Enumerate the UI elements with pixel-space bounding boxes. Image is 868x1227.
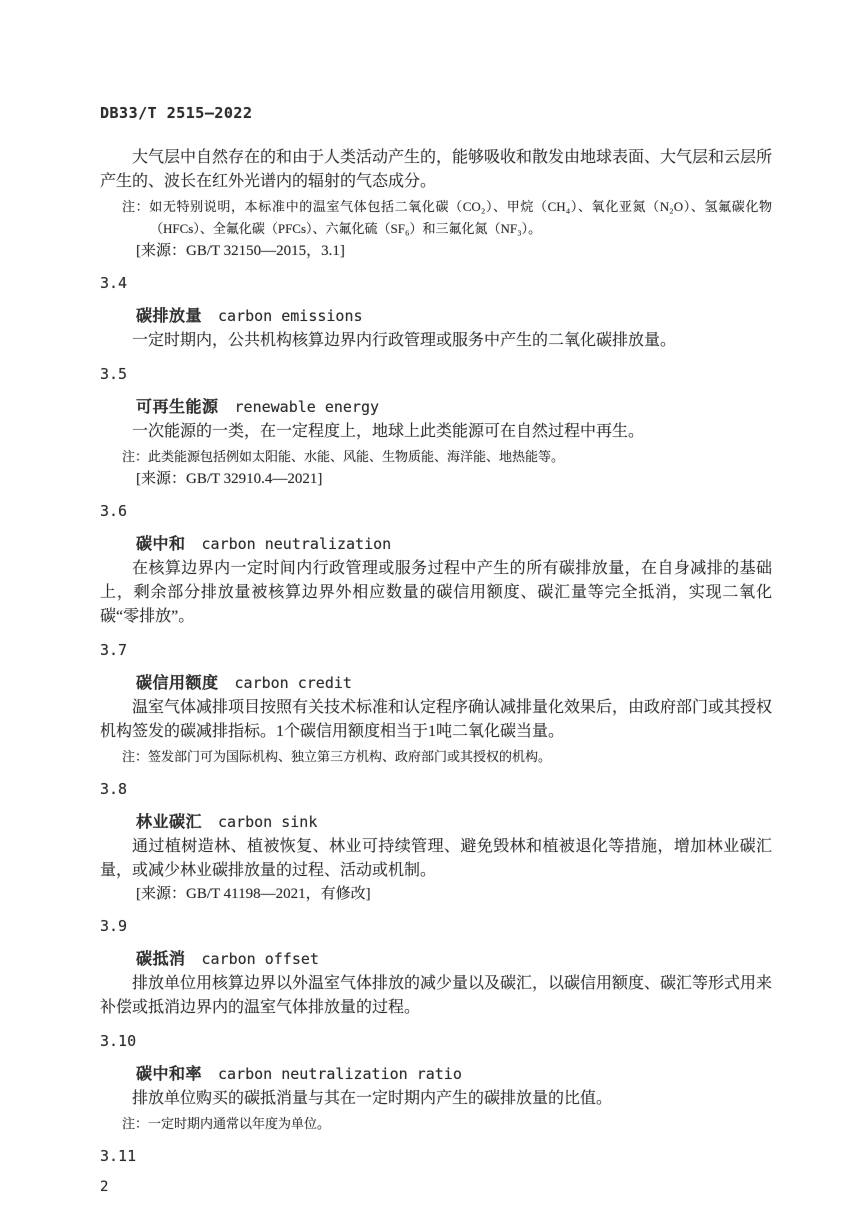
- term-definition: 一定时期内，公共机构核算边界内行政管理或服务中产生的二氧化碳排放量。: [100, 329, 772, 353]
- section-number: 3.8: [100, 779, 772, 799]
- term-en: carbon neutralization: [202, 535, 392, 553]
- term-heading: 碳中和率carbon neutralization ratio: [136, 1062, 772, 1087]
- section-number: 3.7: [100, 640, 772, 660]
- section-number: 3.10: [100, 1031, 772, 1051]
- term-heading: 碳抵消carbon offset: [136, 947, 772, 972]
- term-en: carbon emissions: [218, 307, 363, 325]
- section-3-8: 3.8 林业碳汇carbon sink 通过植树造林、植被恢复、林业可持续管理、…: [100, 779, 772, 905]
- section-3-6: 3.6 碳中和carbon neutralization 在核算边界内一定时间内…: [100, 501, 772, 629]
- term-heading: 碳排放量carbon emissions: [136, 304, 772, 329]
- term-en: carbon sink: [218, 813, 317, 831]
- term-zh: 碳中和: [136, 536, 186, 553]
- term-heading: 可再生能源renewable energy: [136, 395, 772, 420]
- term-note: 注：此类能源包括例如太阳能、水能、风能、生物质能、海洋能、地热能等。: [122, 446, 772, 468]
- section-3-9: 3.9 碳抵消carbon offset 排放单位用核算边界以外温室气体排放的减…: [100, 916, 772, 1020]
- section-3-10: 3.10 碳中和率carbon neutralization ratio 排放单…: [100, 1031, 772, 1135]
- term-definition: 通过植树造林、植被恢复、林业可持续管理、避免毁林和植被退化等措施，增加林业碳汇量…: [100, 835, 772, 883]
- term-en: carbon credit: [235, 674, 352, 692]
- term-zh: 碳信用额度: [136, 675, 219, 692]
- page-content: DB33/T 2515—2022 大气层中自然存在的和由于人类活动产生的，能够吸…: [0, 0, 868, 1197]
- section-number: 3.5: [100, 364, 772, 384]
- term-zh: 碳抵消: [136, 951, 186, 968]
- section-number: 3.9: [100, 916, 772, 936]
- term-zh: 碳排放量: [136, 308, 202, 325]
- intro-note: 注：如无特别说明，本标准中的温室气体包括二氧化碳（CO₂）、甲烷（CH₄）、氧化…: [122, 196, 772, 240]
- section-number: 3.4: [100, 273, 772, 293]
- term-definition: 在核算边界内一定时间内行政管理或服务过程中产生的所有碳排放量，在自身减排的基础上…: [100, 557, 772, 629]
- intro-definition-continued: 大气层中自然存在的和由于人类活动产生的，能够吸收和散发由地球表面、大气层和云层所…: [100, 146, 772, 262]
- intro-definition-text: 大气层中自然存在的和由于人类活动产生的，能够吸收和散发由地球表面、大气层和云层所…: [100, 146, 772, 194]
- term-definition: 排放单位购买的碳抵消量与其在一定时期内产生的碳排放量的比值。: [100, 1087, 772, 1111]
- term-note: 注：签发部门可为国际机构、独立第三方机构、政府部门或其授权的机构。: [122, 746, 772, 768]
- term-source: [来源：GB/T 41198—2021，有修改]: [136, 883, 772, 905]
- term-heading: 碳中和carbon neutralization: [136, 532, 772, 557]
- intro-source: [来源：GB/T 32150—2015，3.1]: [136, 240, 772, 262]
- term-en: renewable energy: [235, 398, 380, 416]
- term-zh: 碳中和率: [136, 1066, 202, 1083]
- term-note: 注：一定时期内通常以年度为单位。: [122, 1113, 772, 1135]
- term-zh: 林业碳汇: [136, 814, 202, 831]
- term-zh: 可再生能源: [136, 399, 219, 416]
- term-en: carbon offset: [202, 950, 319, 968]
- section-3-7: 3.7 碳信用额度carbon credit 温室气体减排项目按照有关技术标准和…: [100, 640, 772, 768]
- section-number: 3.6: [100, 501, 772, 521]
- section-3-5: 3.5 可再生能源renewable energy 一次能源的一类，在一定程度上…: [100, 364, 772, 490]
- section-number: 3.11: [100, 1146, 772, 1166]
- section-3-4: 3.4 碳排放量carbon emissions 一定时期内，公共机构核算边界内…: [100, 273, 772, 353]
- term-definition: 温室气体减排项目按照有关技术标准和认定程序确认减排量化效果后，由政府部门或其授权…: [100, 696, 772, 744]
- section-3-11: 3.11: [100, 1146, 772, 1166]
- term-definition: 排放单位用核算边界以外温室气体排放的减少量以及碳汇，以碳信用额度、碳汇等形式用来…: [100, 972, 772, 1020]
- term-source: [来源：GB/T 32910.4—2021]: [136, 468, 772, 490]
- document-page: DB33/T 2515—2022 大气层中自然存在的和由于人类活动产生的，能够吸…: [0, 0, 868, 1227]
- page-number: 2: [100, 1177, 772, 1197]
- term-en: carbon neutralization ratio: [218, 1065, 462, 1083]
- term-definition: 一次能源的一类，在一定程度上，地球上此类能源可在自然过程中再生。: [100, 420, 772, 444]
- document-code-header: DB33/T 2515—2022: [100, 104, 772, 122]
- term-heading: 碳信用额度carbon credit: [136, 671, 772, 696]
- term-heading: 林业碳汇carbon sink: [136, 810, 772, 835]
